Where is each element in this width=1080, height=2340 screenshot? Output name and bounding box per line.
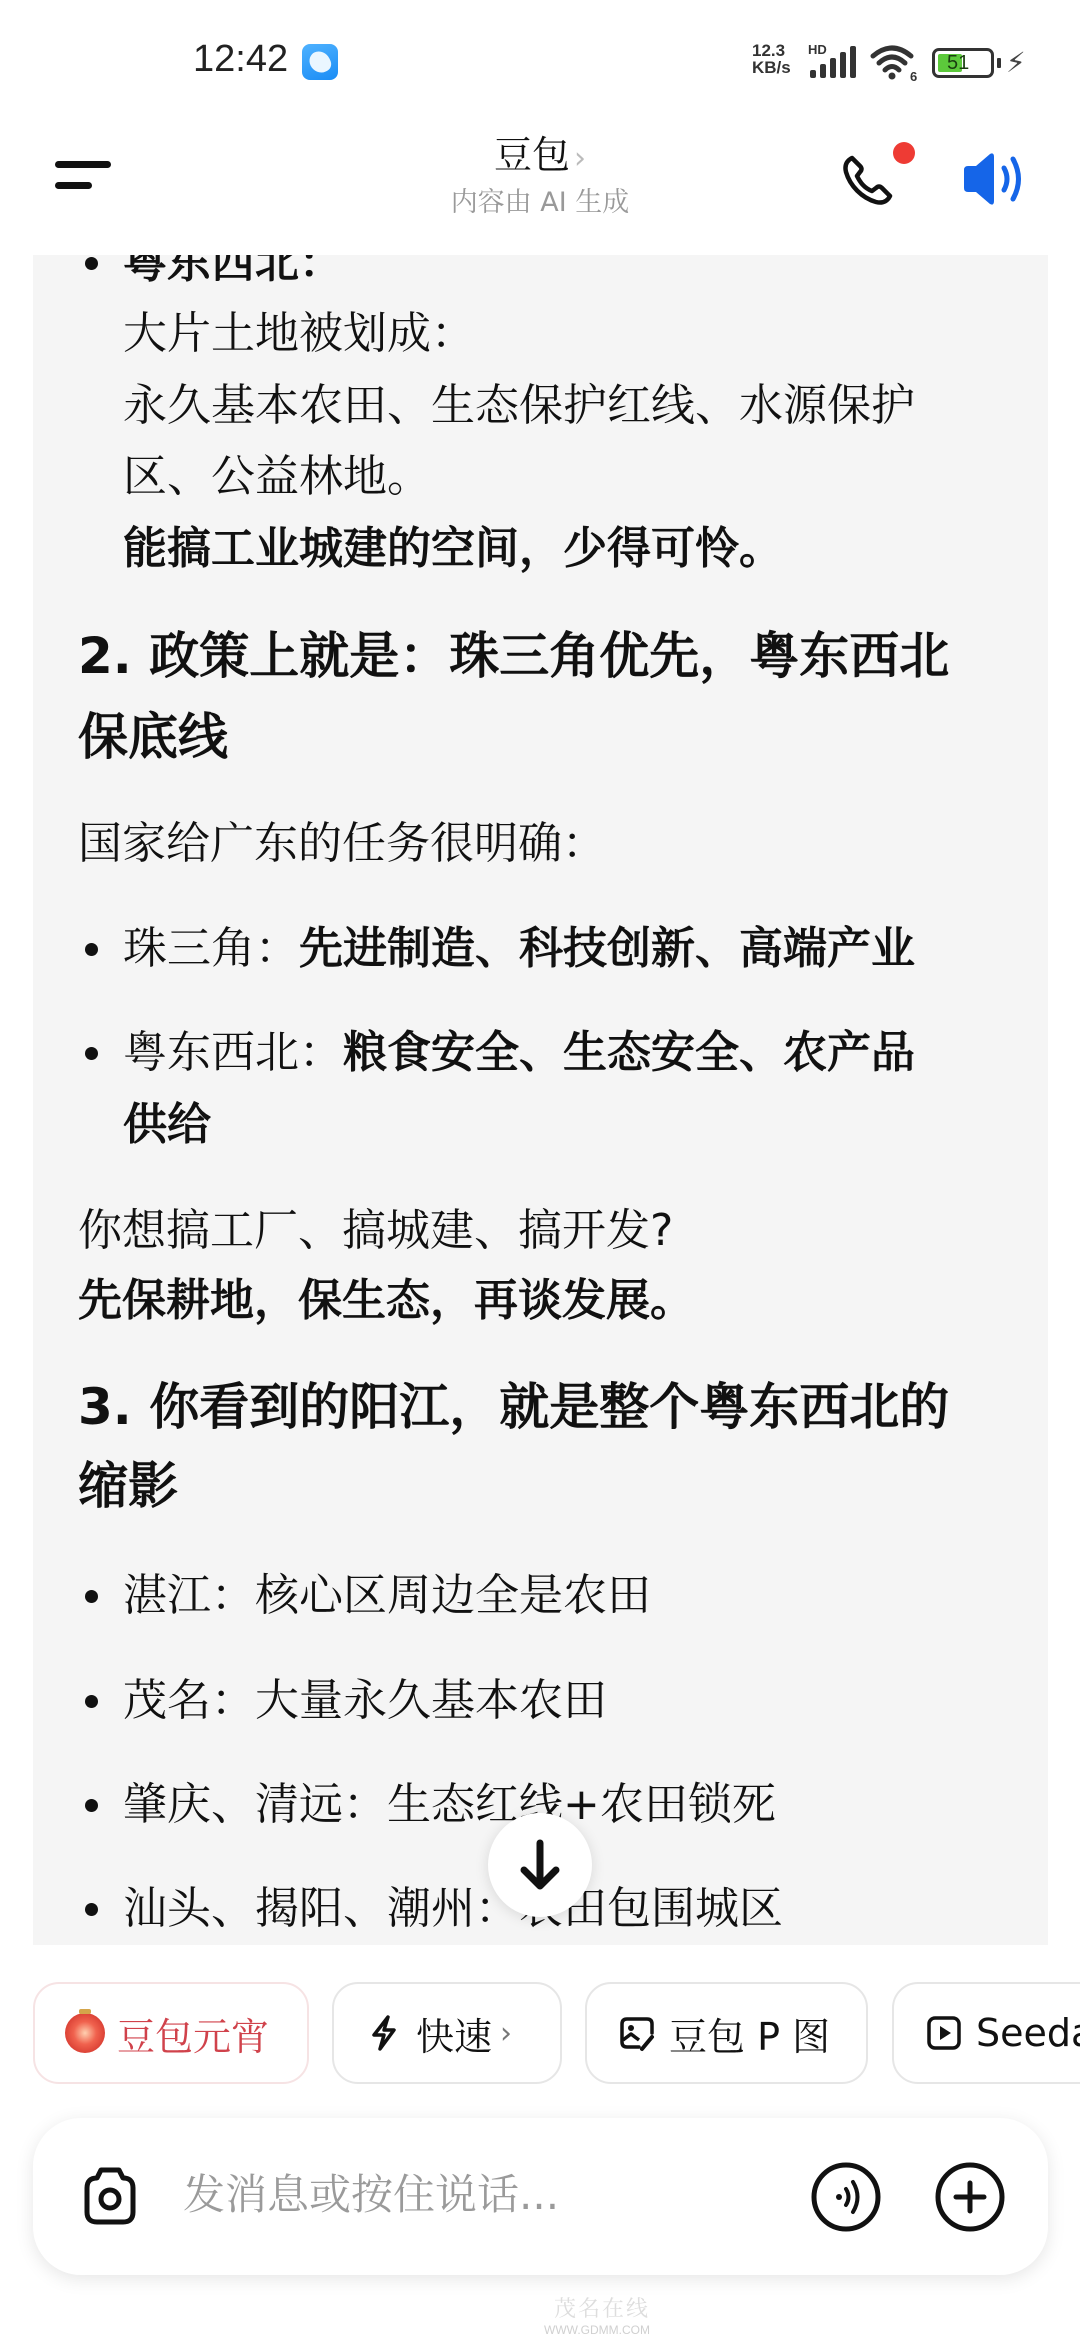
lightning-icon — [364, 2013, 404, 2053]
chip-doubao-yuanxiao[interactable]: 豆包元宵 — [33, 1982, 309, 2084]
bullet-dot — [85, 1590, 98, 1603]
bullet-label: 珠三角： — [123, 923, 299, 974]
bullet-dot — [85, 1047, 98, 1060]
svg-text:6: 6 — [910, 69, 917, 82]
plus-circle-icon — [933, 2160, 1007, 2234]
status-time: 12:42 — [193, 38, 288, 81]
paragraph-line: 区、公益林地。 — [123, 441, 431, 513]
bullet-dot — [85, 1903, 98, 1916]
section-heading-cont: 缩影 — [78, 1446, 178, 1526]
app-header: 豆包› 内容由 AI 生成 — [0, 120, 1080, 250]
bullet-item: 湛江：核心区周边全是农田 — [123, 1560, 651, 1632]
network-speed: 12.3 KB/s — [752, 42, 791, 76]
bullet-emphasis: 粮食安全、生态安全、农产品 — [343, 1027, 915, 1078]
battery-percent: 51 — [947, 51, 969, 75]
bullet-item: 粤东西北：粮食安全、生态安全、农产品 — [123, 1017, 915, 1089]
bullet-dot — [85, 943, 98, 956]
section-heading-cont: 保底线 — [78, 697, 228, 777]
chevron-right-icon: › — [574, 141, 586, 176]
message-composer — [33, 2118, 1048, 2275]
chip-label: 快速 — [416, 2006, 492, 2061]
speaker-icon — [958, 144, 1028, 214]
quick-action-chips: 豆包元宵 快速 › 豆包 P 图 Seeda — [0, 1978, 1080, 2090]
section-heading: 3. 你看到的阳江，就是整个粤东西北的 — [78, 1367, 949, 1447]
paragraph-line: 你想搞工厂、搞城建、搞开发? — [78, 1195, 673, 1267]
camera-button[interactable] — [75, 2160, 145, 2230]
bullet-dot — [85, 257, 98, 270]
notification-dot — [893, 142, 915, 164]
watermark: 茂名在线 WWW.GDMM.COM — [440, 2292, 650, 2336]
ai-disclaimer: 内容由 AI 生成 — [340, 186, 740, 220]
bullet-item: 茂名：大量永久基本农田 — [123, 1665, 607, 1737]
bullet-item: 珠三角：先进制造、科技创新、高端产业 — [123, 913, 915, 985]
chip-image-edit[interactable]: 豆包 P 图 — [585, 1982, 868, 2084]
voice-call-button[interactable] — [838, 142, 918, 212]
camera-icon — [75, 2160, 145, 2230]
battery-tip — [997, 58, 1001, 68]
chip-label: 豆包元宵 — [117, 2006, 269, 2061]
bullet-label: 粤东西北： — [123, 1027, 343, 1078]
bot-name: 豆包 — [494, 133, 570, 177]
wifi-icon: 6 — [870, 44, 920, 82]
paragraph-line: 大片土地被划成： — [123, 298, 475, 370]
voice-wave-icon — [809, 2160, 883, 2234]
lantern-icon — [65, 2013, 105, 2053]
arrow-down-icon — [488, 1813, 592, 1917]
network-speed-unit: KB/s — [752, 59, 791, 76]
chip-label: 豆包 P 图 — [669, 2006, 830, 2061]
section-heading: 2. 政策上就是：珠三角优先，粤东西北 — [78, 616, 949, 696]
phone-icon — [838, 148, 902, 212]
chip-fast-mode[interactable]: 快速 › — [332, 1982, 562, 2084]
cell-signal-icon — [810, 46, 858, 80]
paragraph-line: 永久基本农田、生态保护红线、水源保护 — [123, 370, 915, 442]
assistant-message: 粤东西北： 大片土地被划成： 永久基本农田、生态保护红线、水源保护 区、公益林地… — [33, 255, 1048, 1945]
chip-seedance[interactable]: Seeda — [892, 1982, 1080, 2084]
app-notification-icon — [302, 44, 338, 80]
watermark-url: WWW.GDMM.COM — [440, 2323, 650, 2337]
message-input[interactable] — [183, 2154, 803, 2234]
emphasis-line: 先保耕地，保生态，再谈发展。 — [78, 1265, 694, 1337]
paragraph-line: 国家给广东的任务很明确： — [78, 808, 606, 880]
speaker-toggle-button[interactable] — [958, 144, 1038, 214]
video-play-icon — [924, 2013, 964, 2053]
scroll-to-bottom-button[interactable] — [488, 1813, 592, 1917]
image-edit-icon — [617, 2013, 657, 2053]
emphasis-line: 能搞工业城建的空间，少得可怜。 — [123, 513, 783, 585]
chevron-right-icon: › — [500, 2016, 512, 2051]
bullet-item: 汕头、揭阳、潮州：农田包围城区 — [123, 1873, 783, 1945]
bullet-emphasis-cont: 供给 — [123, 1089, 211, 1161]
bullet-dot — [85, 1799, 98, 1812]
charging-icon: ⚡ — [1006, 46, 1026, 79]
bullet-emphasis: 先进制造、科技创新、高端产业 — [299, 923, 915, 974]
battery-icon: 51 — [932, 48, 994, 78]
network-speed-value: 12.3 — [752, 42, 791, 59]
watermark-text: 茂名在线 — [440, 2292, 650, 2323]
more-options-button[interactable] — [933, 2160, 1007, 2234]
bullet-label: 粤东西北： — [123, 255, 343, 299]
voice-input-button[interactable] — [809, 2160, 883, 2234]
bullet-dot — [85, 1695, 98, 1708]
chat-title[interactable]: 豆包› 内容由 AI 生成 — [340, 128, 740, 220]
bullet-item: 肇庆、清远：生态红线+农田锁死 — [123, 1769, 776, 1841]
chip-label: Seeda — [976, 2011, 1080, 2055]
status-bar: 12:42 12.3 KB/s HD 6 51 ⚡ — [0, 0, 1080, 120]
menu-button[interactable] — [45, 145, 125, 205]
